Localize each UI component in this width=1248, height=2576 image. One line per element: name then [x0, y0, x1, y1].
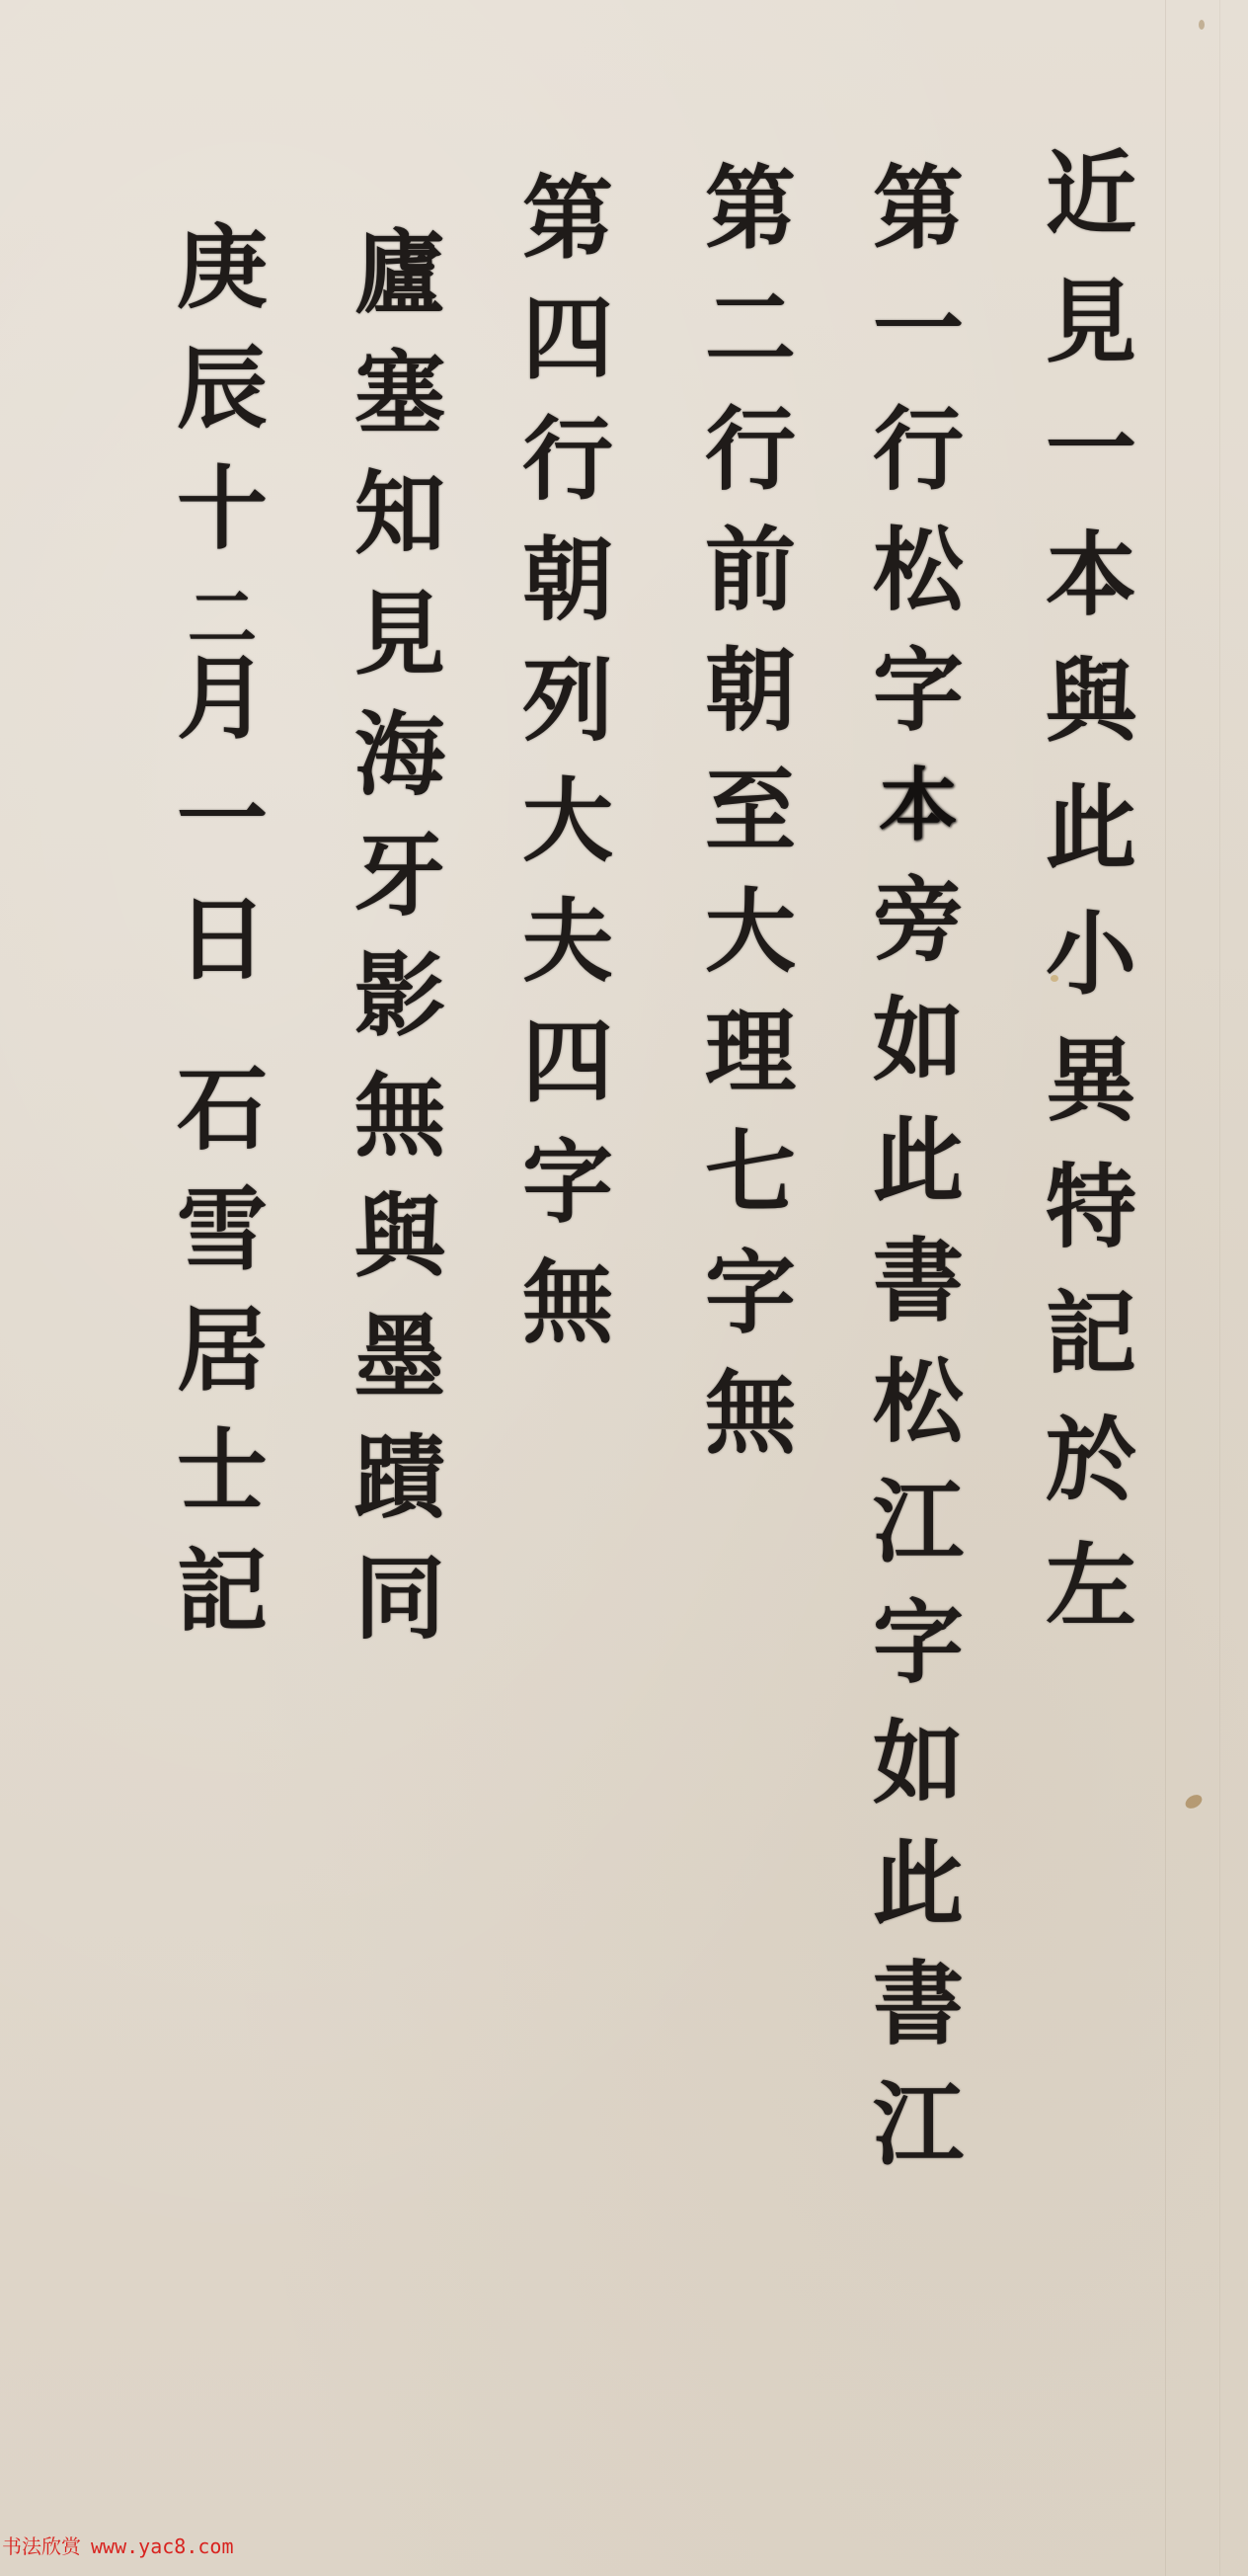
watermark-label: 书法欣赏 — [2, 2535, 81, 2558]
date-character: 辰 — [163, 343, 281, 434]
calligraphy-character: 一 — [859, 283, 977, 374]
calligraphy-character: 列 — [508, 655, 627, 746]
signature-character: 居 — [163, 1305, 281, 1396]
calligraphy-character: 書 — [859, 1959, 977, 2050]
calligraphy-character: 牙 — [341, 830, 459, 921]
calligraphy-character: 於 — [1032, 1414, 1150, 1505]
calligraphy-character: 無 — [691, 1368, 810, 1459]
calligraphy-character: 影 — [341, 950, 459, 1041]
calligraphy-character: 墨 — [341, 1312, 459, 1403]
calligraphy-character: 字 — [859, 1597, 977, 1688]
signature-character: 雪 — [163, 1184, 281, 1275]
calligraphy-character: 與 — [341, 1191, 459, 1282]
paper-fold-line — [1219, 0, 1220, 2576]
calligraphy-character: 無 — [341, 1071, 459, 1162]
ink-blot-character: 本 — [859, 765, 977, 845]
calligraphy-character: 四 — [508, 293, 627, 384]
calligraphy-character: 至 — [691, 765, 810, 856]
date-character: 庚 — [163, 222, 281, 313]
calligraphy-column-1: 近 見 一 本 與 此 小 異 特 記 於 左 — [1032, 148, 1150, 1632]
calligraphy-character: 同 — [341, 1553, 459, 1644]
calligraphy-character: 夫 — [508, 896, 627, 987]
calligraphy-character: 本 — [1032, 529, 1150, 620]
calligraphy-character: 朝 — [691, 645, 810, 736]
calligraphy-character: 第 — [691, 163, 810, 254]
calligraphy-character: 見 — [1032, 277, 1150, 367]
calligraphy-character: 第 — [508, 173, 627, 264]
calligraphy-character: 二 — [691, 283, 810, 374]
calligraphy-character: 如 — [859, 1718, 977, 1809]
calligraphy-character: 朝 — [508, 534, 627, 625]
calligraphy-character: 字 — [859, 645, 977, 736]
paper-stain — [1199, 20, 1205, 30]
calligraphy-column-6: 庚 辰 十 二 月 一 日 石 雪 居 士 記 — [163, 222, 281, 1637]
calligraphy-character: 廬 — [341, 227, 459, 318]
calligraphy-column-2: 第 一 行 松 字 本 旁 如 此 書 松 江 字 如 此 書 江 — [859, 163, 977, 2170]
calligraphy-character: 異 — [1032, 1035, 1150, 1126]
calligraphy-column-5: 廬 塞 知 見 海 牙 影 無 與 墨 蹟 同 — [341, 227, 459, 1644]
date-character: 二 — [163, 584, 281, 653]
calligraphy-character: 近 — [1032, 148, 1150, 239]
calligraphy-character: 知 — [341, 468, 459, 559]
calligraphy-character: 海 — [341, 709, 459, 800]
calligraphy-character: 行 — [691, 404, 810, 495]
calligraphy-character: 四 — [508, 1016, 627, 1107]
date-character: 一 — [163, 773, 281, 864]
paper-fold-line — [1165, 0, 1166, 2576]
calligraphy-character: 如 — [859, 995, 977, 1086]
calligraphy-column-3: 第 二 行 前 朝 至 大 理 七 字 無 — [691, 163, 810, 1459]
calligraphy-character: 此 — [1032, 782, 1150, 873]
calligraphy-character: 記 — [1032, 1288, 1150, 1379]
calligraphy-character: 行 — [508, 414, 627, 505]
calligraphy-character: 前 — [691, 524, 810, 615]
site-watermark: 书法欣赏www.yac8.com — [2, 2536, 234, 2556]
calligraphy-character: 特 — [1032, 1162, 1150, 1252]
calligraphy-character: 松 — [859, 524, 977, 615]
calligraphy-character: 大 — [691, 886, 810, 977]
signature-character: 記 — [163, 1546, 281, 1637]
calligraphy-character: 一 — [1032, 403, 1150, 494]
date-character: 十 — [163, 463, 281, 554]
calligraphy-character: 大 — [508, 775, 627, 866]
paper-stain — [1183, 1792, 1205, 1811]
calligraphy-character: 此 — [859, 1115, 977, 1206]
signature-character: 士 — [163, 1425, 281, 1516]
calligraphy-character: 松 — [859, 1356, 977, 1447]
calligraphy-character: 行 — [859, 404, 977, 495]
calligraphy-character: 第 — [859, 163, 977, 254]
calligraphy-character: 此 — [859, 1838, 977, 1929]
calligraphy-character: 七 — [691, 1127, 810, 1218]
calligraphy-character: 理 — [691, 1006, 810, 1097]
calligraphy-character: 書 — [859, 1236, 977, 1327]
calligraphy-character: 與 — [1032, 656, 1150, 747]
calligraphy-character: 左 — [1032, 1541, 1150, 1632]
calligraphy-character: 塞 — [341, 348, 459, 439]
calligraphy-character: 蹟 — [341, 1432, 459, 1523]
date-character: 日 — [163, 894, 281, 985]
calligraphy-character: 江 — [859, 1477, 977, 1568]
signature-character: 石 — [163, 1064, 281, 1155]
watermark-url: www.yac8.com — [91, 2535, 234, 2558]
calligraphy-character: 無 — [508, 1257, 627, 1348]
calligraphy-character: 旁 — [859, 874, 977, 965]
calligraphy-column-4: 第 四 行 朝 列 大 夫 四 字 無 — [508, 173, 627, 1348]
calligraphy-character: 見 — [341, 589, 459, 680]
date-character: 月 — [163, 653, 281, 744]
calligraphy-character: 字 — [508, 1137, 627, 1228]
calligraphy-character: 字 — [691, 1248, 810, 1338]
calligraphy-character: 江 — [859, 2079, 977, 2170]
calligraphy-character: 小 — [1032, 909, 1150, 1000]
